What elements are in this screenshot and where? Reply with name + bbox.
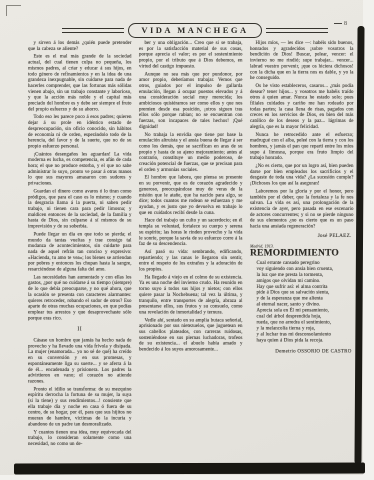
page-number: 8 [334, 21, 348, 27]
paragraph: Ha llegado á viejo en el colmo de su exi… [139, 274, 243, 315]
masthead-title: VIDA MANCHEGA [128, 23, 261, 38]
paragraph: No trabaja la envidia que tiene por base… [139, 132, 243, 173]
section-divider: II [28, 327, 132, 333]
poem-signature: Demetrio OSSORIO DE CASTRO [250, 348, 352, 354]
paragraph: ¿No es cierto, que por un logro así, bie… [250, 163, 354, 186]
paragraph: Puede llegar un día en que todo se pierd… [28, 231, 132, 272]
poem-line: haya quien á Dios pida la recoja. [250, 337, 354, 343]
paragraph: Pronto el idilio se transforma: de su me… [28, 386, 132, 427]
paragraph: Las necesidades han aumentado y con ella… [28, 274, 132, 321]
masthead-rule-left [62, 28, 124, 33]
column-2: ber y una obligación... Creo que si se t… [139, 40, 243, 449]
paragraph: Así pasó su vida: sembrando, edificando,… [139, 249, 243, 272]
paragraph: y sirven á los demás ¿quién puede preten… [28, 40, 132, 52]
paragraph: Cásase un hombre que jamás ha hecho nada… [28, 338, 132, 385]
article-signature: José PELAEZ. [250, 233, 352, 239]
paragraph: Vedle ahí, sentado en su amplia butaca s… [139, 317, 243, 352]
paragraph: Todo eso les parece poco á esos padres; … [28, 114, 132, 149]
masthead-banner: VIDA MANCHEGA [62, 23, 328, 38]
paragraph: El hombre que labora, que piensa su pres… [139, 175, 243, 216]
column-3: Hijos míos, — les dice —: habéis sido bu… [250, 40, 354, 449]
paragraph: ber y una obligación... Creo que si se t… [139, 40, 243, 69]
masthead-rule-right [266, 28, 328, 33]
paragraph: Y cuantos tienen una idea, muy equivocad… [28, 429, 132, 447]
paragraph: Hijos míos, — les dice —: habéis sido bu… [250, 40, 354, 81]
paragraph: Laboremos por la gloria y por el honor, … [250, 188, 354, 229]
poem-title: REMORDIMIENTO [250, 250, 354, 256]
paragraph: Aunque no sea más que por pundonor, por … [139, 71, 243, 130]
paragraph: Hace del trabajo un culto y un sacerdoci… [139, 218, 243, 247]
article-body: y sirven á los demás ¿quién puede preten… [28, 40, 354, 465]
paragraph: Nunca he retrocedido ante el esfuerzo; m… [250, 132, 354, 161]
paragraph: Este es el mal más grande de la sociedad… [28, 54, 132, 113]
scan-corner-artifact [6, 5, 21, 16]
scan-margin-bottom [0, 475, 374, 480]
scanned-page: 8 VIDA MANCHEGA y sirven á los demás ¿qu… [0, 0, 374, 480]
paragraph: Guardan el dinero como avaros ó lo tiran… [28, 188, 132, 229]
scan-edge-bottom [14, 463, 365, 475]
paragraph: Os he visto estableceros, casaros... ¿má… [250, 83, 354, 130]
column-1: y sirven á los demás ¿quién puede preten… [28, 40, 132, 449]
scan-margin-right [363, 0, 374, 480]
paragraph: ¡Cuántos desengaños les aguardan! La vid… [28, 151, 132, 186]
